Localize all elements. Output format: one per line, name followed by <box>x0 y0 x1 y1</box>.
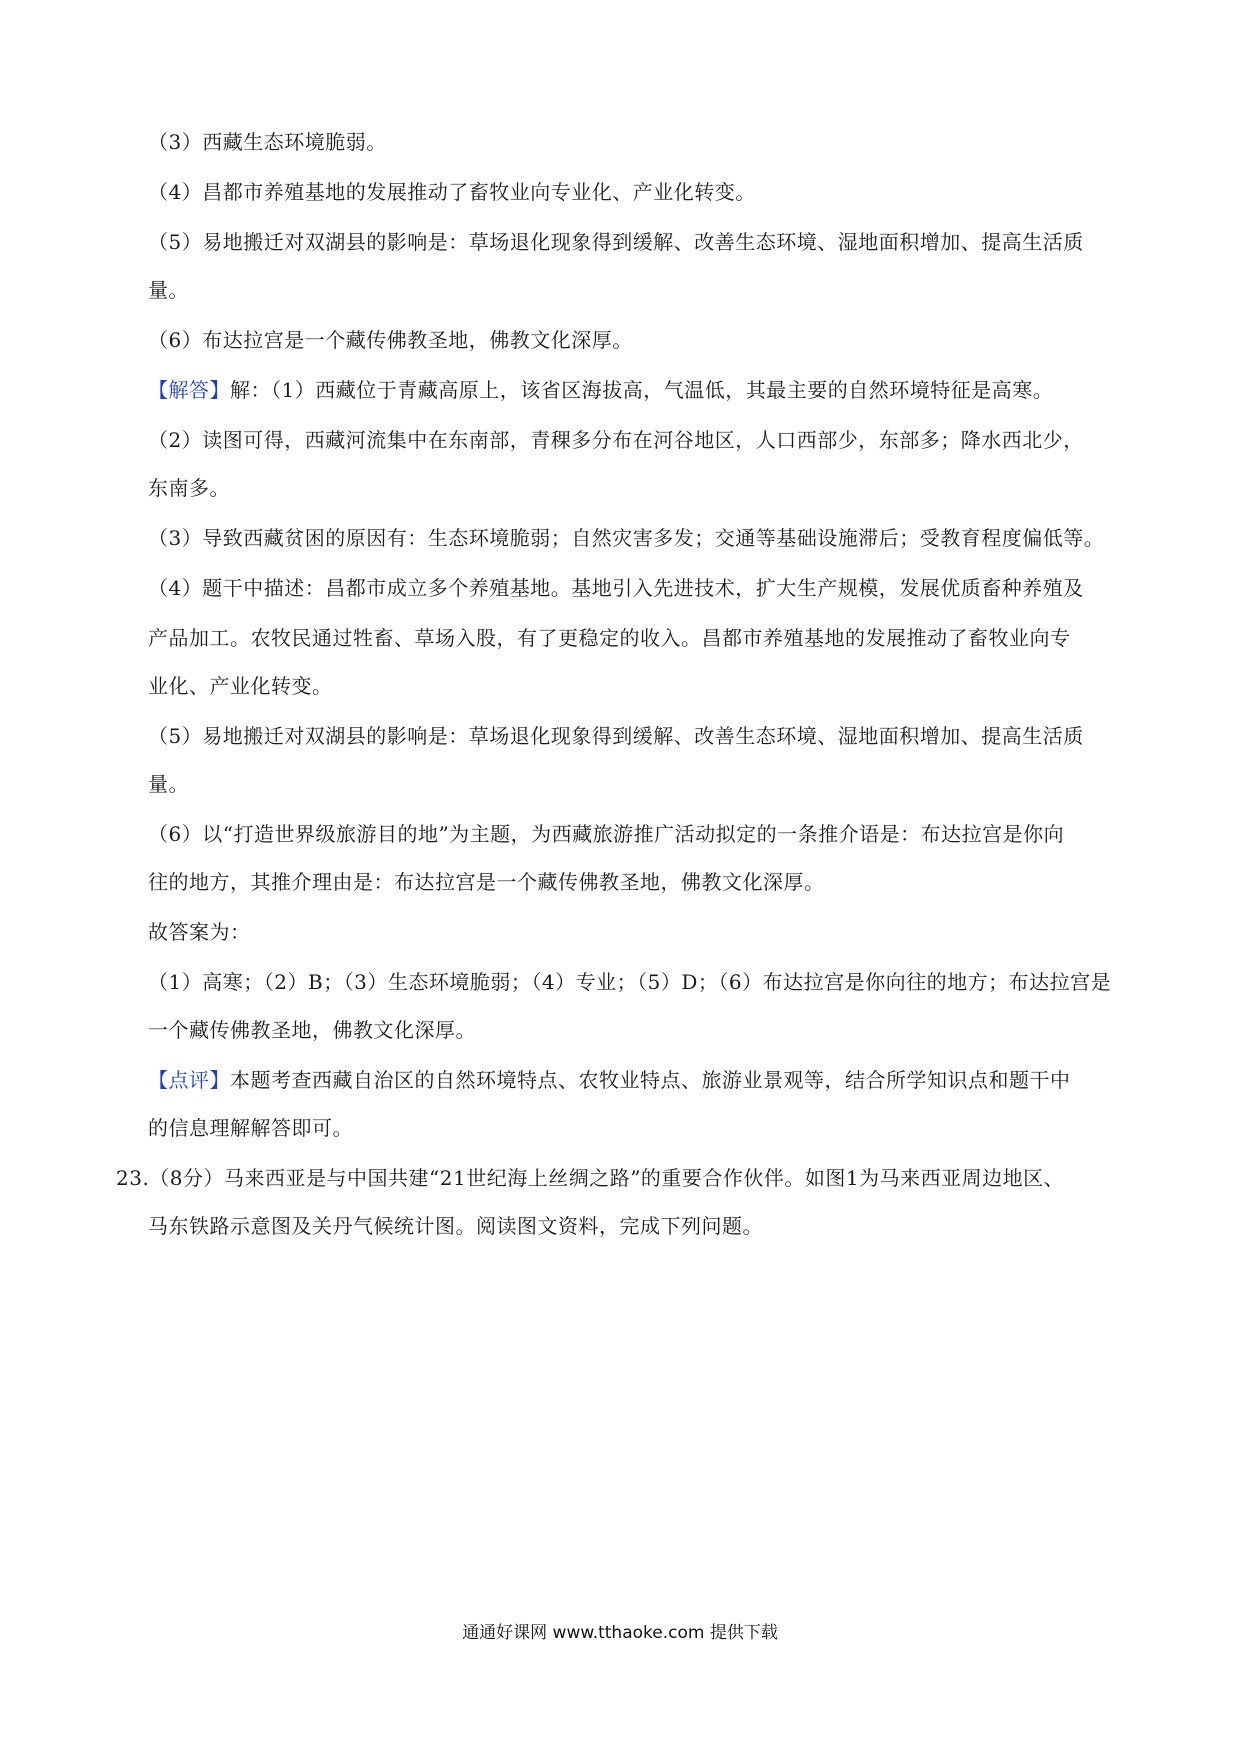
answer-line-5: （5）易地搬迁对双湖县的影响是：草场退化现象得到缓解、改善生态环境、湿地面积增加… <box>148 230 1084 254</box>
comment-first-line: 【点评】本题考查西藏自治区的自然环境特点、农牧业特点、旅游业景观等，结合所学知识… <box>148 1068 1071 1092</box>
final-answer-line: （1）高寒；（2）B；（3）生态环境脆弱；（4）专业；（5）D；（6）布达拉宫是… <box>148 970 1111 994</box>
solution-line: 业化、产业化转变。 <box>148 674 333 698</box>
question-23-line2: 马东铁路示意图及关丹气候统计图。阅读图文资料，完成下列问题。 <box>148 1214 763 1238</box>
answer-line-5-cont: 量。 <box>148 278 189 302</box>
comment-second-line: 的信息理解解答即可。 <box>148 1116 353 1140</box>
solution-line: （3）导致西藏贫困的原因有：生态环境脆弱；自然灾害多发；交通等基础设施滞后；受教… <box>148 526 1104 550</box>
solution-line: （5）易地搬迁对双湖县的影响是：草场退化现象得到缓解、改善生态环境、湿地面积增加… <box>148 724 1084 748</box>
question-23-line1: 23.（8分）马来西亚是与中国共建“21世纪海上丝绸之路”的重要合作伙伴。如图1… <box>116 1166 1064 1190</box>
solution-tag: 【解答】 <box>148 378 230 402</box>
answer-line-6: （6）布达拉宫是一个藏传佛教圣地，佛教文化深厚。 <box>148 328 633 352</box>
answer-line-3: （3）西藏生态环境脆弱。 <box>148 130 387 154</box>
solution-text: 解：（1）西藏位于青藏高原上，该省区海拔高，气温低，其最主要的自然环境特征是高寒… <box>230 378 1053 402</box>
page-footer: 通通好课网 www.tthaoke.com 提供下载 <box>0 1618 1240 1643</box>
solution-first-line: 【解答】解：（1）西藏位于青藏高原上，该省区海拔高，气温低，其最主要的自然环境特… <box>148 378 1053 402</box>
answer-line-4: （4）昌都市养殖基地的发展推动了畜牧业向专业化、产业化转变。 <box>148 180 756 204</box>
solution-line: 东南多。 <box>148 476 230 500</box>
comment-tag: 【点评】 <box>148 1068 230 1092</box>
solution-line: （2）读图可得，西藏河流集中在东南部，青稞多分布在河谷地区，人口西部少，东部多；… <box>148 428 1084 452</box>
document-page: （3）西藏生态环境脆弱。 （4）昌都市养殖基地的发展推动了畜牧业向专业化、产业化… <box>0 0 1240 1754</box>
solution-line: （6）以“打造世界级旅游目的地”为主题，为西藏旅游推广活动拟定的一条推介语是：布… <box>148 822 1064 846</box>
solution-line: 往的地方，其推介理由是：布达拉宫是一个藏传佛教圣地，佛教文化深厚。 <box>148 870 825 894</box>
final-answer-heading: 故答案为： <box>148 920 251 944</box>
comment-text: 本题考查西藏自治区的自然环境特点、农牧业特点、旅游业景观等，结合所学知识点和题干… <box>230 1068 1071 1092</box>
solution-line: 量。 <box>148 772 189 796</box>
final-answer-line: 一个藏传佛教圣地，佛教文化深厚。 <box>148 1018 476 1042</box>
solution-line: （4）题干中描述：昌都市成立多个养殖基地。基地引入先进技术，扩大生产规模，发展优… <box>148 576 1084 600</box>
solution-line: 产品加工。农牧民通过牲畜、草场入股，有了更稳定的收入。昌都市养殖基地的发展推动了… <box>148 626 1071 650</box>
